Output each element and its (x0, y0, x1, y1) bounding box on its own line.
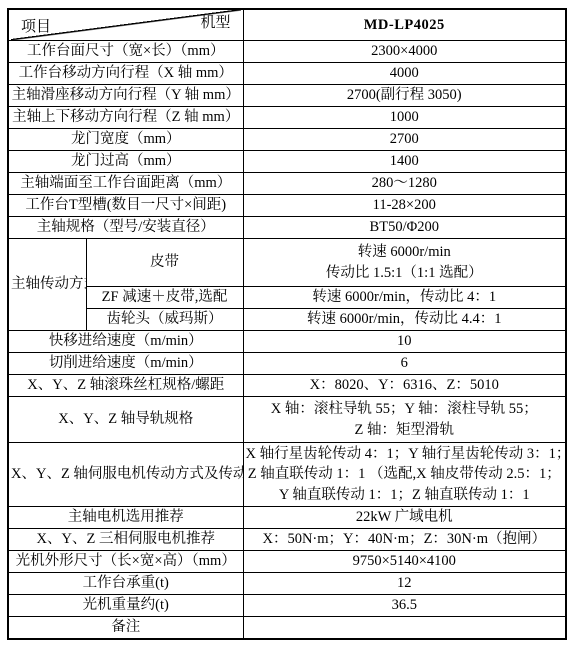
table-row: X、Y、Z 轴滚珠丝杠规格/螺距 X：8020、Y：6316、Z：5010 (8, 375, 566, 397)
spec-value: 转速 6000r/min 传动比 1.5:1（1:1 选配） (243, 239, 566, 287)
value-line: X 轴：滚柱导轨 55；Y 轴：滚柱导轨 55； (246, 399, 564, 419)
spec-value: 9750×5140×4100 (243, 551, 566, 573)
value-line: 转速 6000r/min (246, 242, 564, 262)
spec-label: 光机外形尺寸（长×宽×高）（mm） (8, 551, 243, 573)
table-row: 工作台T型槽(数目一尺寸×间距) 11-28×200 (8, 195, 566, 217)
table-row: X、Y、Z 三相伺服电机推荐 X：50N·m；Y：40N·m；Z：30N·m（抱… (8, 529, 566, 551)
spec-label: 龙门过高（mm） (8, 151, 243, 173)
value-line: 传动比 1.5:1（1:1 选配） (246, 263, 564, 283)
table-row-drive-gear: 齿轮头（威玛斯） 转速 6000r/min，传动比 4.4：1 (8, 309, 566, 331)
table-row: 工作台移动方向行程（X 轴 mm） 4000 (8, 63, 566, 85)
drive-group-label: 主轴传动方式 (8, 239, 86, 331)
table-row: 主轴电机选用推荐 22kW 广域电机 (8, 507, 566, 529)
table-row-drive-zf: ZF 减速＋皮带,选配 转速 6000r/min，传动比 4：1 (8, 287, 566, 309)
spec-label: 主轴上下移动方向行程（Z 轴 mm） (8, 107, 243, 129)
spec-value: 10 (243, 331, 566, 353)
table-row: 主轴上下移动方向行程（Z 轴 mm） 1000 (8, 107, 566, 129)
table-row: 工作台承重(t) 12 (8, 573, 566, 595)
drive-sub-label: ZF 减速＋皮带,选配 (86, 287, 243, 309)
spec-label: 备注 (8, 617, 243, 639)
spec-value: 转速 6000r/min，传动比 4：1 (243, 287, 566, 309)
table-row: 龙门过高（mm） 1400 (8, 151, 566, 173)
diagonal-header-cell: 项目 机型 (8, 9, 243, 41)
spec-value: X 轴：滚柱导轨 55；Y 轴：滚柱导轨 55； Z 轴：矩型滑轨 (243, 397, 566, 443)
spec-value: 1000 (243, 107, 566, 129)
value-line: Z 轴：矩型滑轨 (246, 420, 564, 440)
spec-label: 主轴端面至工作台面距离（mm） (8, 173, 243, 195)
spec-value: X 轴行星齿轮传动 4：1；Y 轴行星齿轮传动 3：1； Z 轴直联传动 1：1… (243, 443, 566, 507)
table-row: 工作台面尺寸（宽×长）（mm） 2300×4000 (8, 41, 566, 63)
spec-label: 主轴规格（型号/安装直径） (8, 217, 243, 239)
spec-sheet-page: 项目 机型 MD-LP4025 工作台面尺寸（宽×长）（mm） 2300×400… (0, 0, 572, 652)
spec-value: 36.5 (243, 595, 566, 617)
value-line: Z 轴直联传动 1：1 （选配,X 轴皮带传动 2.5：1； (246, 464, 564, 484)
spec-value: 2700(副行程 3050) (243, 85, 566, 107)
spec-value: 11-28×200 (243, 195, 566, 217)
spec-label: X、Y、Z 轴伺服电机传动方式及传动比（行星减速机客户自配） (8, 443, 243, 507)
drive-sub-label: 齿轮头（威玛斯） (86, 309, 243, 331)
spec-value: 12 (243, 573, 566, 595)
table-row-servo-drive: X、Y、Z 轴伺服电机传动方式及传动比（行星减速机客户自配） X 轴行星齿轮传动… (8, 443, 566, 507)
spec-label: 主轴滑座移动方向行程（Y 轴 mm） (8, 85, 243, 107)
spec-label: 光机重量约(t) (8, 595, 243, 617)
spec-label: X、Y、Z 三相伺服电机推荐 (8, 529, 243, 551)
corner-model-label: 机型 (200, 13, 230, 34)
value-line: X 轴行星齿轮传动 4：1；Y 轴行星齿轮传动 3：1； (246, 444, 564, 464)
spec-value: 280～1280 (243, 173, 566, 195)
table-header-row: 项目 机型 MD-LP4025 (8, 9, 566, 41)
corner-item-label: 项目 (21, 17, 51, 38)
table-row: 光机外形尺寸（长×宽×高）（mm） 9750×5140×4100 (8, 551, 566, 573)
spec-value: X：50N·m；Y：40N·m；Z：30N·m（抱闸） (243, 529, 566, 551)
table-row-remarks: 备注 (8, 617, 566, 639)
table-row-drive-belt: 主轴传动方式 皮带 转速 6000r/min 传动比 1.5:1（1:1 选配） (8, 239, 566, 287)
spec-label: 工作台移动方向行程（X 轴 mm） (8, 63, 243, 85)
table-row: 快移进给速度（m/min） 10 (8, 331, 566, 353)
spec-value: 转速 6000r/min，传动比 4.4：1 (243, 309, 566, 331)
spec-label: X、Y、Z 轴滚珠丝杠规格/螺距 (8, 375, 243, 397)
spec-label: 工作台T型槽(数目一尺寸×间距) (8, 195, 243, 217)
diagonal-split: 项目 机型 (11, 10, 241, 40)
table-row: 主轴滑座移动方向行程（Y 轴 mm） 2700(副行程 3050) (8, 85, 566, 107)
spec-value: 2700 (243, 129, 566, 151)
value-line: Y 轴直联传动 1：1；Z 轴直联传动 1：1 (246, 485, 564, 505)
spec-value: 6 (243, 353, 566, 375)
spec-label: 工作台承重(t) (8, 573, 243, 595)
spec-label: X、Y、Z 轴导轨规格 (8, 397, 243, 443)
spec-label: 切削进给速度（m/min） (8, 353, 243, 375)
spec-table: 项目 机型 MD-LP4025 工作台面尺寸（宽×长）（mm） 2300×400… (7, 8, 567, 640)
spec-value: X：8020、Y：6316、Z：5010 (243, 375, 566, 397)
table-row: 龙门宽度（mm） 2700 (8, 129, 566, 151)
table-row-guide-rails: X、Y、Z 轴导轨规格 X 轴：滚柱导轨 55；Y 轴：滚柱导轨 55； Z 轴… (8, 397, 566, 443)
table-row: 主轴规格（型号/安装直径） BT50/Φ200 (8, 217, 566, 239)
spec-value: 22kW 广域电机 (243, 507, 566, 529)
spec-value: 2300×4000 (243, 41, 566, 63)
spec-label: 主轴电机选用推荐 (8, 507, 243, 529)
model-name-cell: MD-LP4025 (243, 9, 566, 41)
drive-sub-label: 皮带 (86, 239, 243, 287)
spec-label: 龙门宽度（mm） (8, 129, 243, 151)
spec-value: 4000 (243, 63, 566, 85)
spec-value (243, 617, 566, 639)
table-row: 主轴端面至工作台面距离（mm） 280～1280 (8, 173, 566, 195)
table-row: 切削进给速度（m/min） 6 (8, 353, 566, 375)
table-row: 光机重量约(t) 36.5 (8, 595, 566, 617)
spec-value: BT50/Φ200 (243, 217, 566, 239)
spec-label: 快移进给速度（m/min） (8, 331, 243, 353)
spec-label: 工作台面尺寸（宽×长）（mm） (8, 41, 243, 63)
spec-value: 1400 (243, 151, 566, 173)
